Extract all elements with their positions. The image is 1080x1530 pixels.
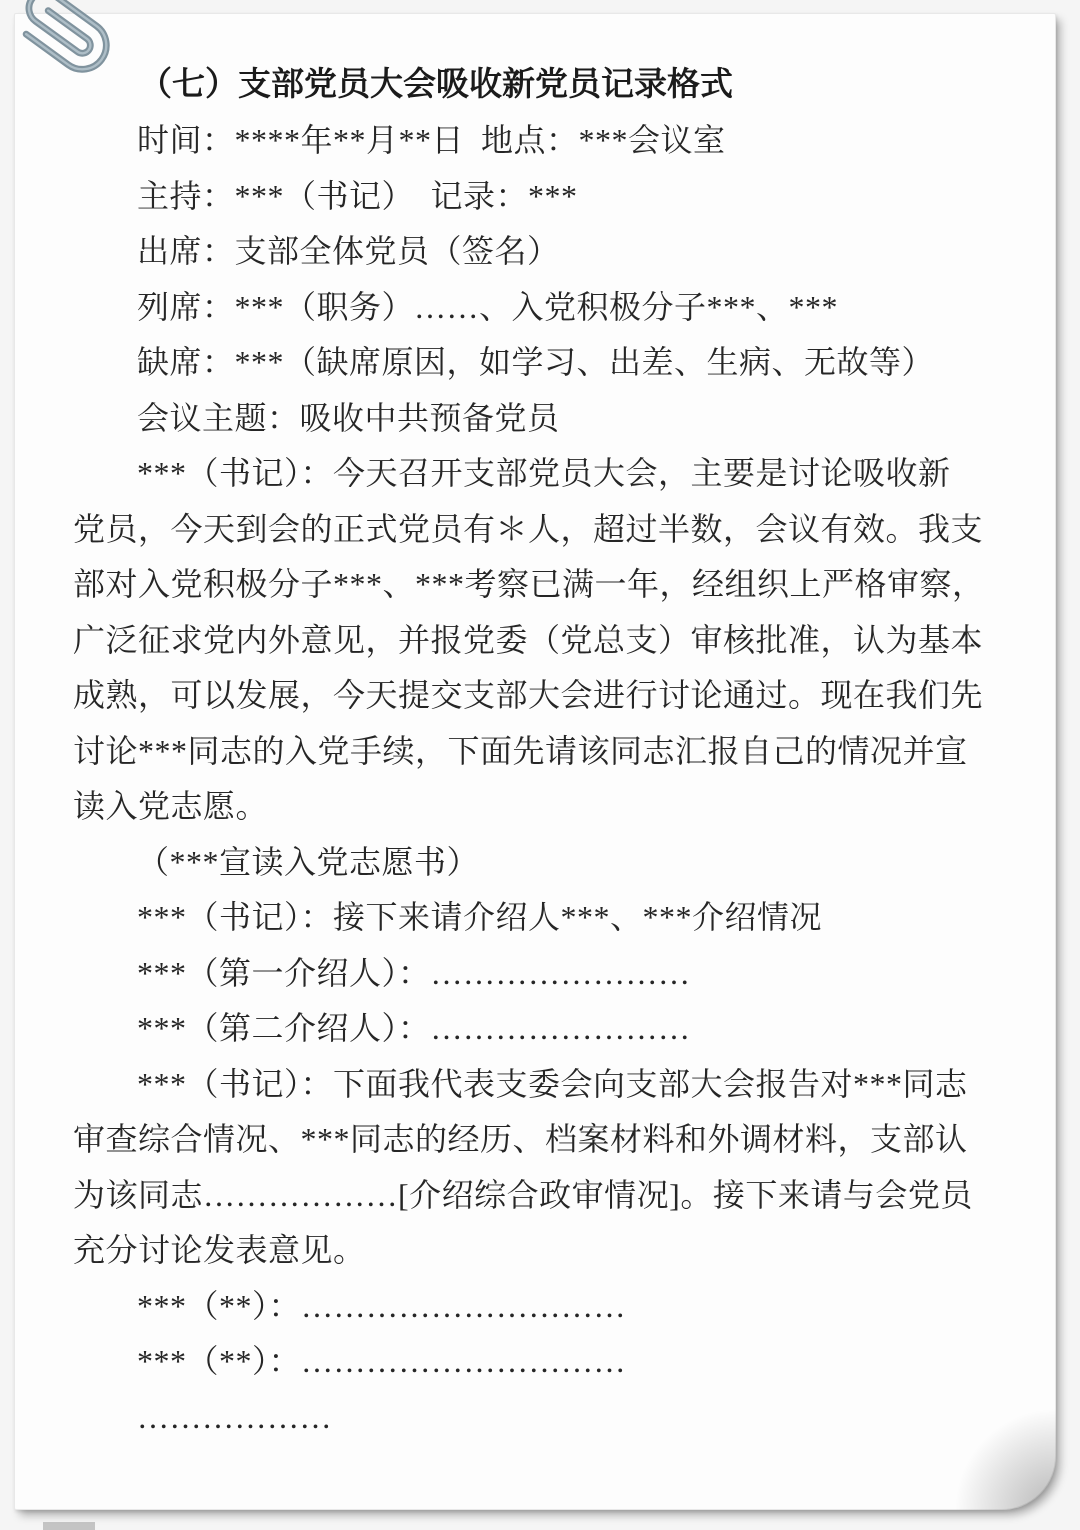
document-line: 出席：支部全体党员（签名） xyxy=(73,224,1025,280)
document-line: ……………… xyxy=(73,1390,1025,1446)
document-line: 会议主题：吸收中共预备党员 xyxy=(73,391,1025,447)
paperclip-icon xyxy=(9,0,119,87)
document-line: 读入党志愿。 xyxy=(73,779,1025,835)
background: （七）支部党员大会吸收新党员记录格式 时间：****年**月**日 地点：***… xyxy=(0,0,1080,1530)
document-line: 主持：***（书记） 记录：*** xyxy=(73,169,1025,225)
document-line: （***宣读入党志愿书） xyxy=(73,835,1025,891)
document-line: 党员，今天到会的正式党员有＊人，超过半数，会议有效。我支 xyxy=(73,502,1025,558)
document-line: 充分讨论发表意见。 xyxy=(73,1223,1025,1279)
document-line: ***（**）：………………………… xyxy=(73,1334,1025,1390)
document-title: （七）支部党员大会吸收新党员记录格式 xyxy=(73,55,1025,113)
page-bottom-artifact xyxy=(43,1522,95,1530)
document-line: ***（书记）：今天召开支部党员大会，主要是讨论吸收新 xyxy=(73,446,1025,502)
document-line: ***（第一介绍人）：…………………… xyxy=(73,946,1025,1002)
document-line: 时间：****年**月**日 地点：***会议室 xyxy=(73,113,1025,169)
document-line: ***（**）：………………………… xyxy=(73,1279,1025,1335)
document-line: ***（书记）：下面我代表支委会向支部大会报告对***同志 xyxy=(73,1057,1025,1113)
document-page: （七）支部党员大会吸收新党员记录格式 时间：****年**月**日 地点：***… xyxy=(14,13,1056,1510)
document-line: 审查综合情况、***同志的经历、档案材料和外调材料，支部认 xyxy=(73,1112,1025,1168)
document-line: 讨论***同志的入党手续，下面先请该同志汇报自己的情况并宣 xyxy=(73,724,1025,780)
document-line: ***（第二介绍人）：…………………… xyxy=(73,1001,1025,1057)
document-body: （七）支部党员大会吸收新党员记录格式 时间：****年**月**日 地点：***… xyxy=(73,55,1025,1445)
document-line: 部对入党积极分子***、***考察已满一年，经组织上严格审察， xyxy=(73,557,1025,613)
document-line: 为该同志………………[介绍综合政审情况]。接下来请与会党员 xyxy=(73,1168,1025,1224)
document-line: 列席：***（职务）……、入党积极分子***、*** xyxy=(73,280,1025,336)
document-line: ***（书记）：接下来请介绍人***、***介绍情况 xyxy=(73,890,1025,946)
document-line: 成熟，可以发展，今天提交支部大会进行讨论通过。现在我们先 xyxy=(73,668,1025,724)
document-line: 广泛征求党内外意见，并报党委（党总支）审核批准，认为基本 xyxy=(73,613,1025,669)
document-line: 缺席：***（缺席原因，如学习、出差、生病、无故等） xyxy=(73,335,1025,391)
document-lines: 时间：****年**月**日 地点：***会议室主持：***（书记） 记录：**… xyxy=(73,113,1025,1445)
